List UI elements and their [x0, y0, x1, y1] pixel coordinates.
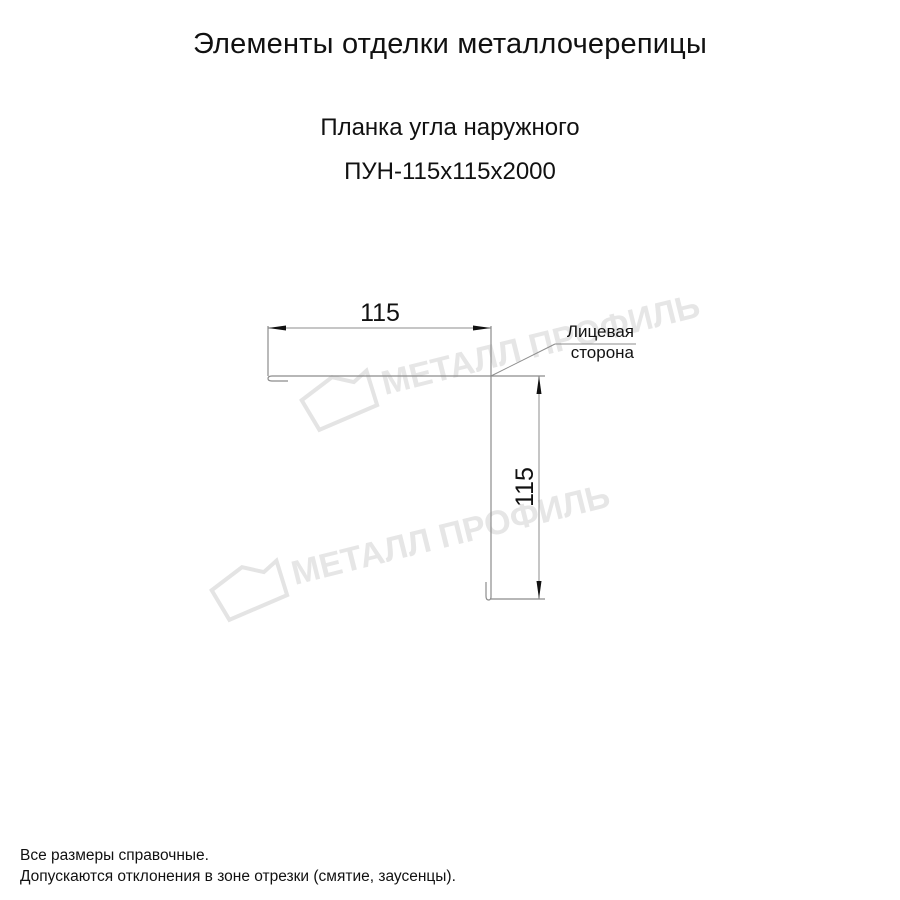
horizontal-dimension-value: 115	[360, 299, 400, 327]
arrow-up-icon	[537, 376, 542, 394]
face-side-label-line1: Лицевая	[567, 322, 634, 341]
face-side-label-line2: сторона	[571, 343, 635, 362]
vertical-dimension: 115	[511, 376, 542, 599]
vertical-dimension-value: 115	[511, 467, 539, 507]
horizontal-dimension: 115	[268, 299, 491, 331]
watermark-lower: МЕТАЛЛ ПРОФИЛЬ	[208, 477, 616, 622]
notes: Все размеры справочные. Допускаются откл…	[20, 845, 456, 887]
technical-drawing: МЕТАЛЛ ПРОФИЛЬ МЕТАЛЛ ПРОФИЛЬ 115 115	[0, 0, 900, 900]
note-reference-dimensions: Все размеры справочные.	[20, 845, 456, 866]
arrow-left-icon	[268, 326, 286, 331]
arrow-down-icon	[537, 581, 542, 599]
arrow-right-icon	[473, 326, 491, 331]
watermark-text: МЕТАЛЛ ПРОФИЛЬ	[288, 477, 614, 593]
note-cutting-tolerance: Допускаются отклонения в зоне отрезки (с…	[20, 866, 456, 887]
watermark-text: МЕТАЛЛ ПРОФИЛЬ	[378, 287, 704, 403]
watermark-logo-icon	[298, 368, 379, 432]
watermark-logo-icon	[208, 558, 289, 622]
